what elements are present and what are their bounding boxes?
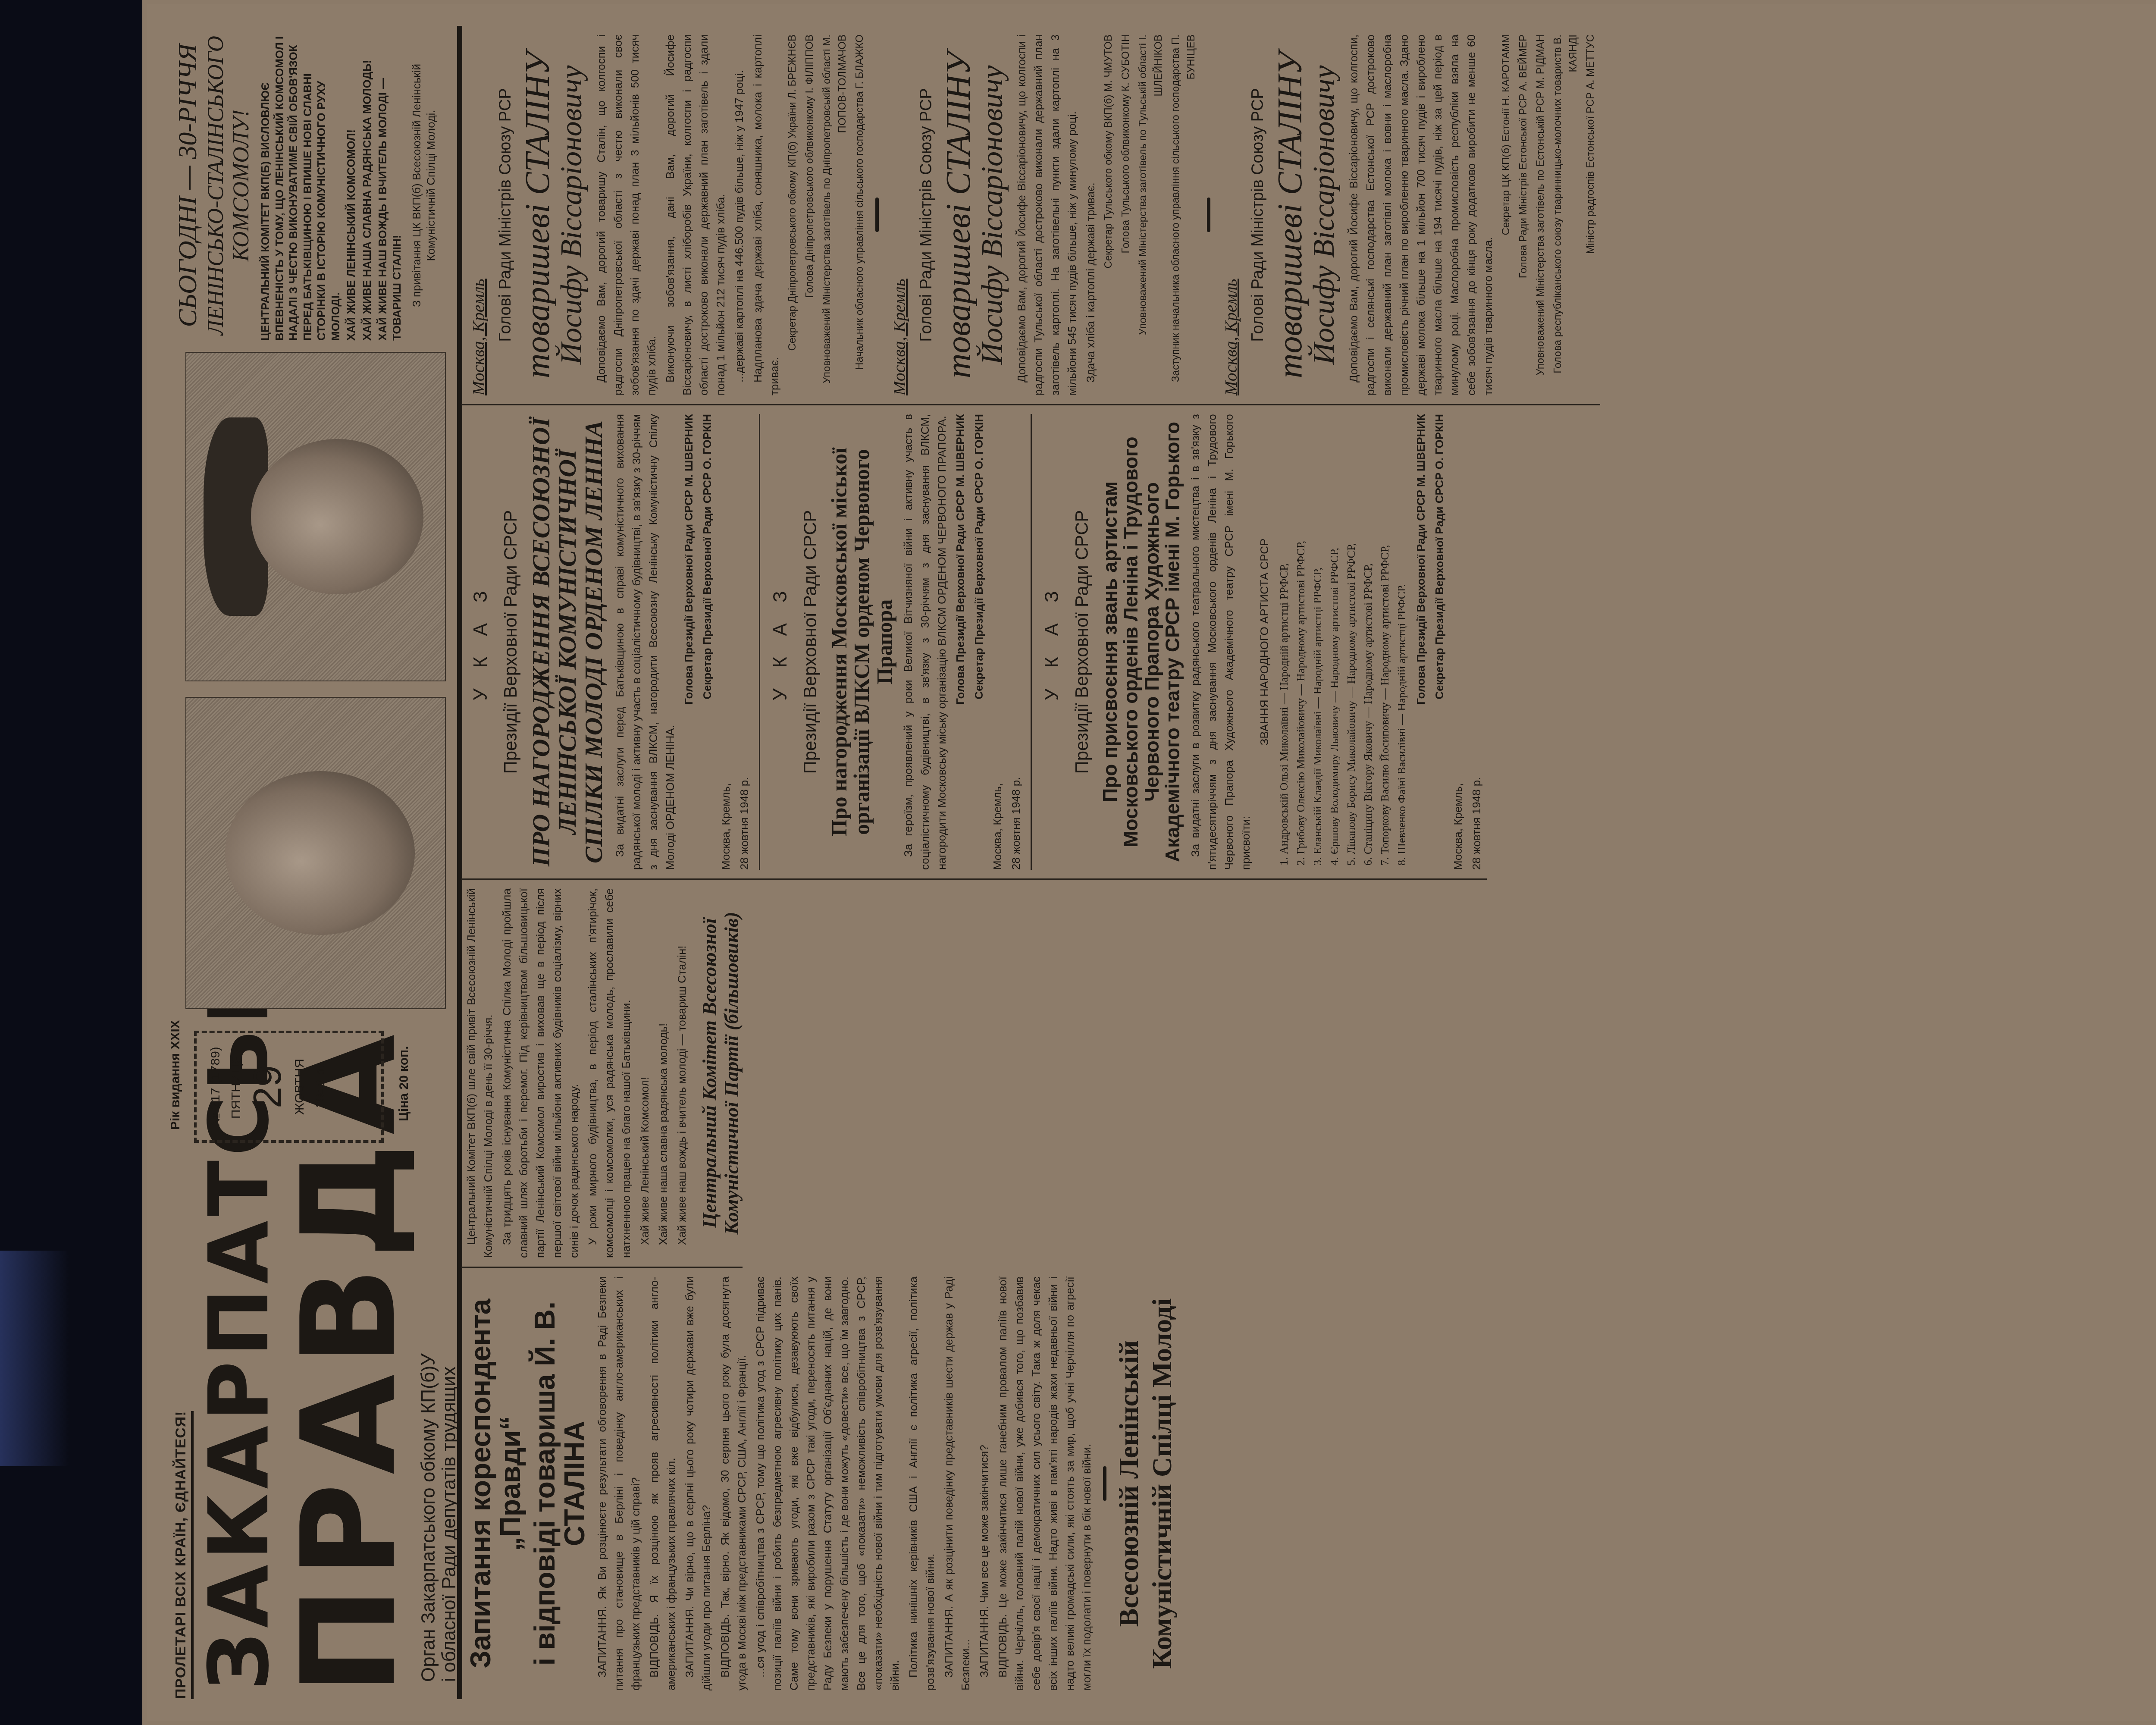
issue-date-box: № 217 (1789) ПЯТНИЦЯ 29 ЖОВТНЯ 1948 р. (194, 1031, 384, 1143)
signature: Міністр радгоспів Естонської РСР А. МЕТТ… (1583, 34, 1598, 395)
signature: Секретар Тульського обкому ВКП(б) М. ЧМУ… (1101, 34, 1116, 395)
slogan-line: Центральний Комітет ВКП(б) висловлює впе… (258, 30, 342, 341)
telegram-destination: Москва, Кремль (466, 34, 492, 395)
paragraph: ...ся угод і співробітництва з СРСР, том… (752, 1276, 903, 1690)
awardee: 3. Еланській Клавдії Миколаївні — Народн… (1309, 414, 1326, 866)
decree-body: За героїзм, проявлений у роки Великої Ві… (900, 414, 950, 870)
divider (1103, 1466, 1106, 1501)
decree-place: Москва, Кремль, (989, 414, 1006, 870)
decree-issuer: Президії Верховної Ради СРСР (1068, 414, 1095, 870)
decree-place: Москва, Кремль, (718, 414, 734, 870)
paragraph: ЗАПИТАННЯ. Чим все це може закінчитися? (976, 1276, 993, 1690)
decree-place: Москва, Кремль, (1450, 414, 1467, 870)
awardee: 4. Єршову Володимиру Львовичу — Народном… (1326, 414, 1343, 866)
lenin-face (225, 771, 415, 935)
paragraph: Надпланова здача державі хліба, соняшник… (749, 34, 783, 395)
decree-headline: ПРО НАГОРОДЖЕННЯ ВСЕСОЮЗНОЇ ЛЕНІНСЬКОЇ К… (528, 414, 607, 870)
telegram-name: товаришеві СТАЛІНУ (1272, 34, 1308, 395)
telegram-name: товаришеві СТАЛІНУ (940, 34, 977, 395)
motto: ПРОЛЕТАРІ ВСІХ КРАЇН, ЄДНАЙТЕСЯ! (172, 1411, 194, 1699)
komsomol-headline-2: Комуністичній Спілці Молоді (1147, 1276, 1176, 1690)
paragraph: Доповідаємо Вам, дорогий Йосифе Віссаріо… (1345, 34, 1497, 395)
decree-title-awarded: ЗВАННЯ НАРОДНОГО АРТИСТА СРСР (1256, 414, 1273, 870)
subtitle: Орган Закарпатського обкому КП(б)У і обл… (418, 1354, 460, 1682)
slogan-source: З привітання ЦК ВКП(б) Всесоюзній Ленінс… (410, 30, 438, 341)
paragraph: ЗАПИТАННЯ. Як Ви розцінюєте результати о… (594, 1276, 644, 1690)
masthead: ПРОЛЕТАРІ ВСІХ КРАЇН, ЄДНАЙТЕСЯ! ЗАКАРПА… (164, 26, 457, 1699)
signature-line-2: Комуністичної Партії (більшовиків) (721, 888, 743, 1258)
month: ЖОВТНЯ (289, 1033, 310, 1140)
decree-art-theatre: У К А З Президії Верховної Ради СРСР Про… (1038, 414, 1485, 870)
day: 29 (247, 1033, 289, 1140)
signature: Голова Дніпропетровського облвиконкому І… (802, 34, 818, 395)
weekday: ПЯТНИЦЯ (226, 1033, 247, 1140)
slogan-line: Хай живе наш вождь і вчитель молоді — то… (376, 30, 404, 341)
decree-red-banner: У К А З Президії Верховної Ради СРСР Про… (766, 414, 1025, 870)
paragraph: ВІДПОВІДЬ. Я їх розцінюю як прояв агреси… (646, 1276, 680, 1690)
telegram-estonia: Москва, Кремль Голові Ради Міністрів Сою… (1218, 34, 1598, 395)
signature: Голова республіканського союзу тваринниц… (1550, 34, 1581, 395)
stalin-face (251, 439, 423, 594)
awardee: 7. Топоркову Василю Йосиповичу — Народно… (1376, 414, 1393, 866)
paragraph: ЗАПИТАННЯ. Чи вірно, що в серпні цього р… (681, 1276, 715, 1690)
telegrams-column: Москва, Кремль Голові Ради Міністрів Сою… (461, 26, 1600, 405)
paragraph: Політика нинішніх керівників США і Англі… (905, 1276, 939, 1690)
paragraph: ВІДПОВІДЬ. Це може закінчитися лише гане… (994, 1276, 1095, 1690)
telegram-name: Йосифу Віссаріоновичу (1308, 34, 1340, 395)
paragraph: Доповідаємо Вам, дорогий Йосифе Віссаріо… (1013, 34, 1081, 395)
rule (759, 414, 760, 870)
awardee: 8. Шевченко Фаїні Василівні — Народній а… (1393, 414, 1410, 866)
komsomol-headline-1: Всесоюзній Ленінській (1114, 1276, 1143, 1690)
telegram-name: товаришеві СТАЛІНУ (520, 34, 556, 395)
paragraph: Доповідаємо Вам, дорогий товаришу Сталін… (593, 34, 660, 395)
decree-issuer: Президії Верховної Ради СРСР (796, 414, 824, 870)
paragraph: Здача хліба і картоплі державі триває. (1082, 34, 1099, 395)
paragraph: ...державі картоплі на 446.500 пудів біл… (731, 34, 748, 395)
signature: Начальник обласного управління сільськог… (852, 34, 868, 395)
awardee: 5. Ліванову Борису Миколайовичу — Народн… (1343, 414, 1360, 866)
telegram-name: Йосифу Віссаріоновичу (556, 34, 588, 395)
decree-chair: Голова Президії Верховної Ради СРСР М. Ш… (680, 414, 697, 870)
signature: Уповноважений Міністерства заготівель по… (1135, 34, 1166, 395)
interview-headline-1: Запитання кореспондента „Правди“ (466, 1276, 526, 1690)
awardee: 6. Станіцину Віктору Яковичу — Народному… (1360, 414, 1376, 866)
decree-secretary: Секретар Президії Верховної Ради СРСР О.… (971, 414, 987, 870)
slogan-title-2: ЛЕНІНСЬКО-СТАЛІНСЬКОГО КОМСОМОЛУ! (203, 30, 254, 341)
komsomol-greeting: Центральний Комітет ВКП(б) шле свій прив… (461, 880, 743, 1268)
lenin-portrait (185, 697, 446, 1009)
signature: Голова Ради Міністрів Естонської РСР А. … (1516, 34, 1531, 395)
divider (1207, 198, 1210, 232)
year-of-publication: Рік видання XXIX (168, 1020, 183, 1130)
signature: Голова Тульського облвиконкому К. СУБОТІ… (1118, 34, 1134, 395)
slogan-line: Хай живе наша славна радянська молодь! (360, 30, 374, 341)
decree-body: За видатні заслуги в розвитку радянськог… (1187, 414, 1254, 870)
paragraph: Виконуючи зобов'язання, дані Вам, дороги… (662, 34, 729, 395)
slogan-line: Хай живе Ленінський комсомол! (344, 30, 358, 341)
decree-date: 28 жовтня 1948 р. (736, 414, 753, 870)
background-light (0, 1251, 69, 1466)
stalin-portrait (185, 352, 446, 681)
telegram-recipient: Голові Ради Міністрів Союзу РСР (914, 34, 939, 395)
paragraph: У роки мирного будівництва, в період ста… (584, 888, 635, 1258)
decree-label: У К А З (467, 414, 495, 870)
telegram-dnipropetrovsk: Москва, Кремль Голові Ради Міністрів Сою… (466, 34, 868, 395)
decree-secretary: Секретар Президії Верховної Ради СРСР О.… (1431, 414, 1448, 870)
telegram-recipient: Голові Ради Міністрів Союзу РСР (1246, 34, 1270, 395)
decrees-column: У К А З Президії Верховної Ради СРСР ПРО… (461, 405, 1487, 880)
telegram-destination: Москва, Кремль (1218, 34, 1244, 395)
paragraph: ВІДПОВІДЬ. Так, вірно. Як відомо, 30 сер… (717, 1276, 750, 1690)
year: 1948 р. (310, 1033, 331, 1140)
telegram-name: Йосифу Віссаріоновичу (977, 34, 1009, 395)
awardee: 2. Грибову Олексію Миколайовичу — Народн… (1292, 414, 1309, 866)
anniversary-slogan: СЬОГОДНІ — 30-РІЧЧЯ ЛЕНІНСЬКО-СТАЛІНСЬКО… (172, 30, 453, 341)
newspaper-page: ПРОЛЕТАРІ ВСІХ КРАЇН, ЄДНАЙТЕСЯ! ЗАКАРПА… (147, 4, 2156, 1721)
decree-secretary: Секретар Президії Верховної Ради СРСР О.… (699, 414, 716, 870)
decree-chair: Голова Президії Верховної Ради СРСР М. Ш… (952, 414, 969, 870)
paragraph: Центральний Комітет ВКП(б) шле свій прив… (463, 888, 497, 1258)
signature: Уповноважений Міністерства заготівель по… (1533, 34, 1548, 395)
rule (1031, 414, 1032, 870)
paragraph: Хай живе наша славна радянська молодь! (655, 888, 672, 1258)
paragraph: За тридцять років існування Комуністична… (498, 888, 583, 1258)
signature: Секретар ЦК КП(б) Естонії Н. КАРОТАММ (1498, 34, 1514, 395)
signature: Уповноважений Міністерства заготівель по… (819, 34, 850, 395)
paragraph: Хай живе Ленінський Комсомол! (636, 888, 653, 1258)
awardee-list: 1. Андровській Ользі Миколаївні — Народн… (1275, 414, 1410, 870)
slogan-title-1: СЬОГОДНІ — 30-РІЧЧЯ (172, 30, 203, 341)
price: Ціна 20 коп. (397, 1046, 411, 1122)
issue-number: № 217 (1789) (205, 1033, 226, 1140)
decree-headline: Про присвоєння звань артистам Московсько… (1100, 414, 1183, 870)
telegram-destination: Москва, Кремль (887, 34, 912, 395)
decree-body: За видатні заслуги перед Батьківщиною в … (611, 414, 679, 870)
divider (875, 198, 879, 232)
telegram-recipient: Голові Ради Міністрів Союзу РСР (493, 34, 518, 395)
signature: Заступник начальника обласного управлінн… (1168, 34, 1199, 395)
komsomol-signature: Центральний Комітет Всесоюзної Комуністи… (699, 888, 743, 1258)
signature-line-1: Центральний Комітет Всесоюзної (699, 888, 721, 1258)
decree-chair: Голова Президії Верховної Ради СРСР М. Ш… (1413, 414, 1429, 870)
paragraph: ЗАПИТАННЯ. А як розцінити поведінку пред… (940, 1276, 974, 1690)
decree-headline: Про нагородження Московської міської орг… (828, 414, 896, 870)
decree-date: 28 жовтня 1948 р. (1008, 414, 1025, 870)
subtitle-line-1: Орган Закарпатського обкому КП(б)У (418, 1354, 439, 1682)
decree-label: У К А З (1038, 414, 1066, 870)
decree-issuer: Президії Верховної Ради СРСР (497, 414, 524, 870)
awardee: 1. Андровській Ользі Миколаївні — Народн… (1275, 414, 1292, 866)
interview-headline-2: і відповіді товариша Й. В. СТАЛІНА (530, 1276, 590, 1690)
telegram-tula: Москва, Кремль Голові Ради Міністрів Сою… (887, 34, 1200, 395)
interview-article: Запитання кореспондента „Правди“ і відпо… (461, 1268, 1181, 1699)
paragraph: Хай живе наш вождь і вчитель молоді — то… (674, 888, 690, 1258)
decree-date: 28 жовтня 1948 р. (1468, 414, 1485, 870)
signature: Секретар Дніпропетровського обкому КП(б)… (785, 34, 800, 395)
decree-lenin-order: У К А З Президії Верховної Ради СРСР ПРО… (467, 414, 753, 870)
decree-label: У К А З (766, 414, 795, 870)
